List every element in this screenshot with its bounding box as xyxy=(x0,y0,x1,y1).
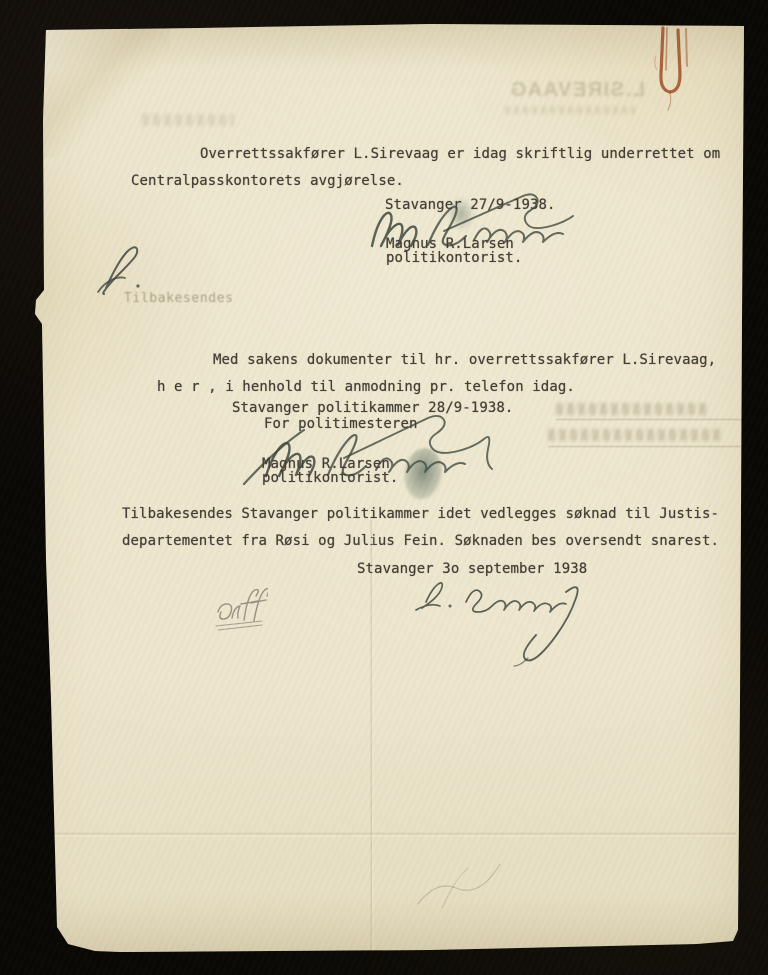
horizontal-fold-crease xyxy=(42,832,736,837)
rust-paperclip-stain xyxy=(646,26,702,118)
paragraph-1-line-1: Overrettssakfører L.Sirevaag er idag skr… xyxy=(200,146,720,162)
signature-sirevaag xyxy=(408,572,598,670)
showthrough-underline-a xyxy=(556,419,742,420)
handwritten-initial-r xyxy=(92,244,148,298)
paragraph-3-line-2: departementet fra Røsi og Julius Fein. S… xyxy=(122,533,719,549)
faint-pencil-squiggle xyxy=(412,856,522,918)
margin-note-arf xyxy=(210,586,268,634)
vertical-fold-crease xyxy=(370,520,374,952)
showthrough-line-top-left xyxy=(142,114,234,126)
paragraph-2-line-1: Med sakens dokumenter til hr. overrettss… xyxy=(213,352,716,368)
signer-2-typed-title: politikontorist. xyxy=(262,470,398,486)
showthrough-letterhead-text: L.SIREVAAG xyxy=(492,80,662,106)
faint-note-tilbakesendes: Tilbakesendes xyxy=(124,292,234,306)
showthrough-line-a xyxy=(556,403,706,415)
paragraph-1-line-2: Centralpasskontorets avgjørelse. xyxy=(131,173,404,189)
showthrough-letterhead-subline xyxy=(505,106,635,114)
signer-1-typed-title: politikontorist. xyxy=(386,250,522,266)
corner-fold-crease xyxy=(40,28,170,158)
paper-sheet: L.SIREVAAG Overrettssakfører L.Sirevaag … xyxy=(0,0,768,975)
paragraph-3-line-1: Tilbakesendes Stavanger politikammer ide… xyxy=(122,506,719,522)
archive-scan-background: L.SIREVAAG Overrettssakfører L.Sirevaag … xyxy=(0,0,768,975)
paragraph-2-line-2: h e r , i henhold til anmodning pr. tele… xyxy=(157,379,575,395)
